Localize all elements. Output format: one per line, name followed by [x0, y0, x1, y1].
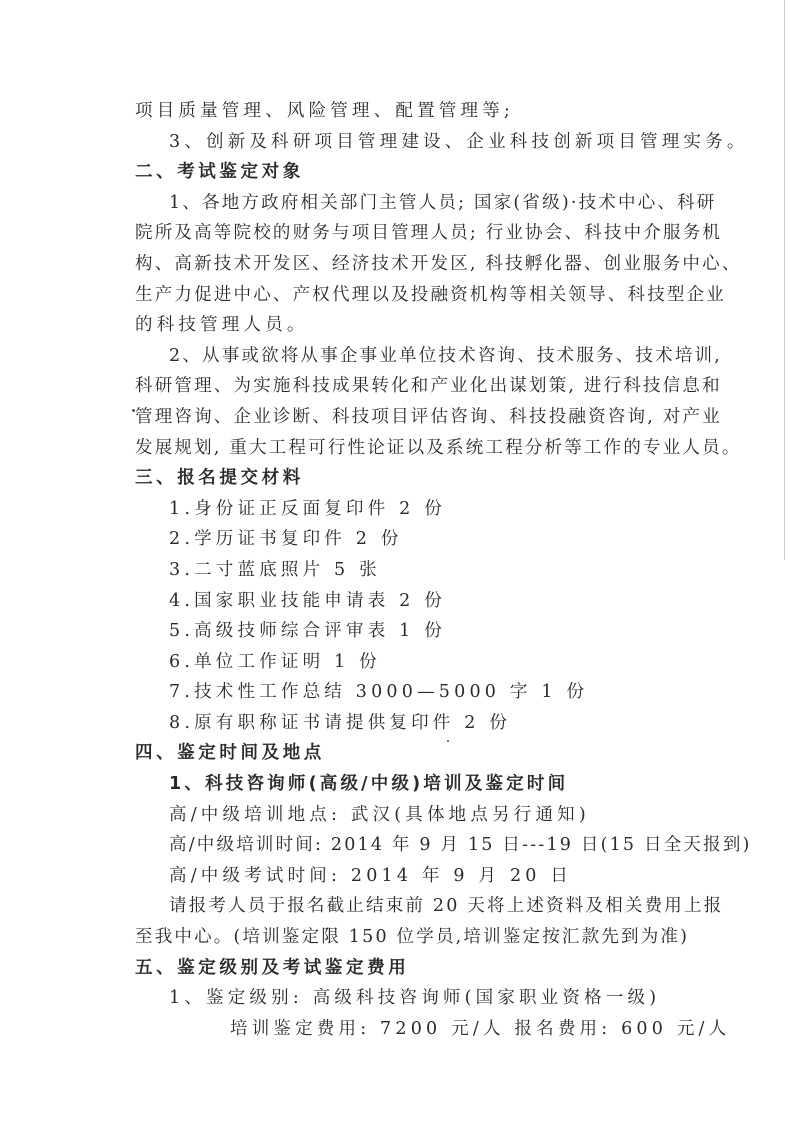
text-line: 科研管理、为实施科技成果转化和产业化出谋划策, 进行科技信息和	[135, 371, 695, 402]
text-line: 生产力促进中心、产权代理以及投融资机构等相关领导、科技型企业	[135, 280, 695, 311]
section-heading-exam-targets: 二、考试鉴定对象	[135, 157, 695, 188]
text-line: 至我中心。(培训鉴定限 150 位学员,培训鉴定按汇款先到为准)	[135, 922, 695, 953]
text-line: 的科技管理人员。	[135, 310, 695, 341]
section-heading-materials: 三、报名提交材料	[135, 463, 695, 494]
text-line: 构、高新技术开发区、经济技术开发区, 科技孵化器、创业服务中心、	[135, 249, 695, 280]
material-list-item: 3.二寸蓝底照片 5 张	[135, 555, 695, 586]
section-heading-time-location: 四、鉴定时间及地点	[135, 738, 695, 769]
text-line: 2、从事或欲将从事企事业单位技术咨询、技术服务、技术培训,	[135, 341, 695, 372]
text-line: 请报考人员于报名截止结束前 20 天将上述资料及相关费用上报	[135, 891, 695, 922]
exam-time-line: 高/中级考试时间: 2014 年 9 月 20 日	[135, 861, 695, 892]
document-body: 项目质量管理、风险管理、配置管理等; 3、创新及科研项目管理建设、企业科技创新项…	[135, 96, 695, 1044]
scan-speck	[447, 740, 449, 742]
training-location-line: 高/中级培训地点: 武汉(具体地点另行通知)	[135, 800, 695, 831]
sub-heading-training-time: 1、科技咨询师(高级/中级)培训及鉴定时间	[135, 769, 695, 800]
material-list-item: 8.原有职称证书请提供复印件 2 份	[135, 708, 695, 739]
section-heading-fees: 五、鉴定级别及考试鉴定费用	[135, 953, 695, 984]
material-list-item: 2.学历证书复印件 2 份	[135, 524, 695, 555]
material-list-item: 4.国家职业技能申请表 2 份	[135, 586, 695, 617]
scan-speck	[132, 409, 135, 412]
scan-page-edge	[784, 0, 785, 560]
material-list-item: 5.高级技师综合评审表 1 份	[135, 616, 695, 647]
training-time-line: 高/中级培训时间: 2014 年 9 月 15 日---19 日(15 日全天报…	[135, 830, 695, 861]
text-line: 项目质量管理、风险管理、配置管理等;	[135, 96, 695, 127]
text-line: 1、各地方政府相关部门主管人员; 国家(省级)·技术中心、科研	[135, 188, 695, 219]
fee-line: 培训鉴定费用: 7200 元/人 报名费用: 600 元/人	[135, 1014, 695, 1045]
text-line: 管理咨询、企业诊断、科技项目评估咨询、科技投融资咨询, 对产业	[135, 402, 695, 433]
level-line: 1、鉴定级别: 高级科技咨询师(国家职业资格一级)	[135, 983, 695, 1014]
material-list-item: 1.身份证正反面复印件 2 份	[135, 494, 695, 525]
text-line: 院所及高等院校的财务与项目管理人员; 行业协会、科技中介服务机	[135, 218, 695, 249]
material-list-item: 7.技术性工作总结 3000—5000 字 1 份	[135, 677, 695, 708]
text-line: 3、创新及科研项目管理建设、企业科技创新项目管理实务。	[135, 127, 695, 158]
material-list-item: 6.单位工作证明 1 份	[135, 647, 695, 678]
text-line: 发展规划, 重大工程可行性论证以及系统工程分析等工作的专业人员。	[135, 433, 695, 464]
